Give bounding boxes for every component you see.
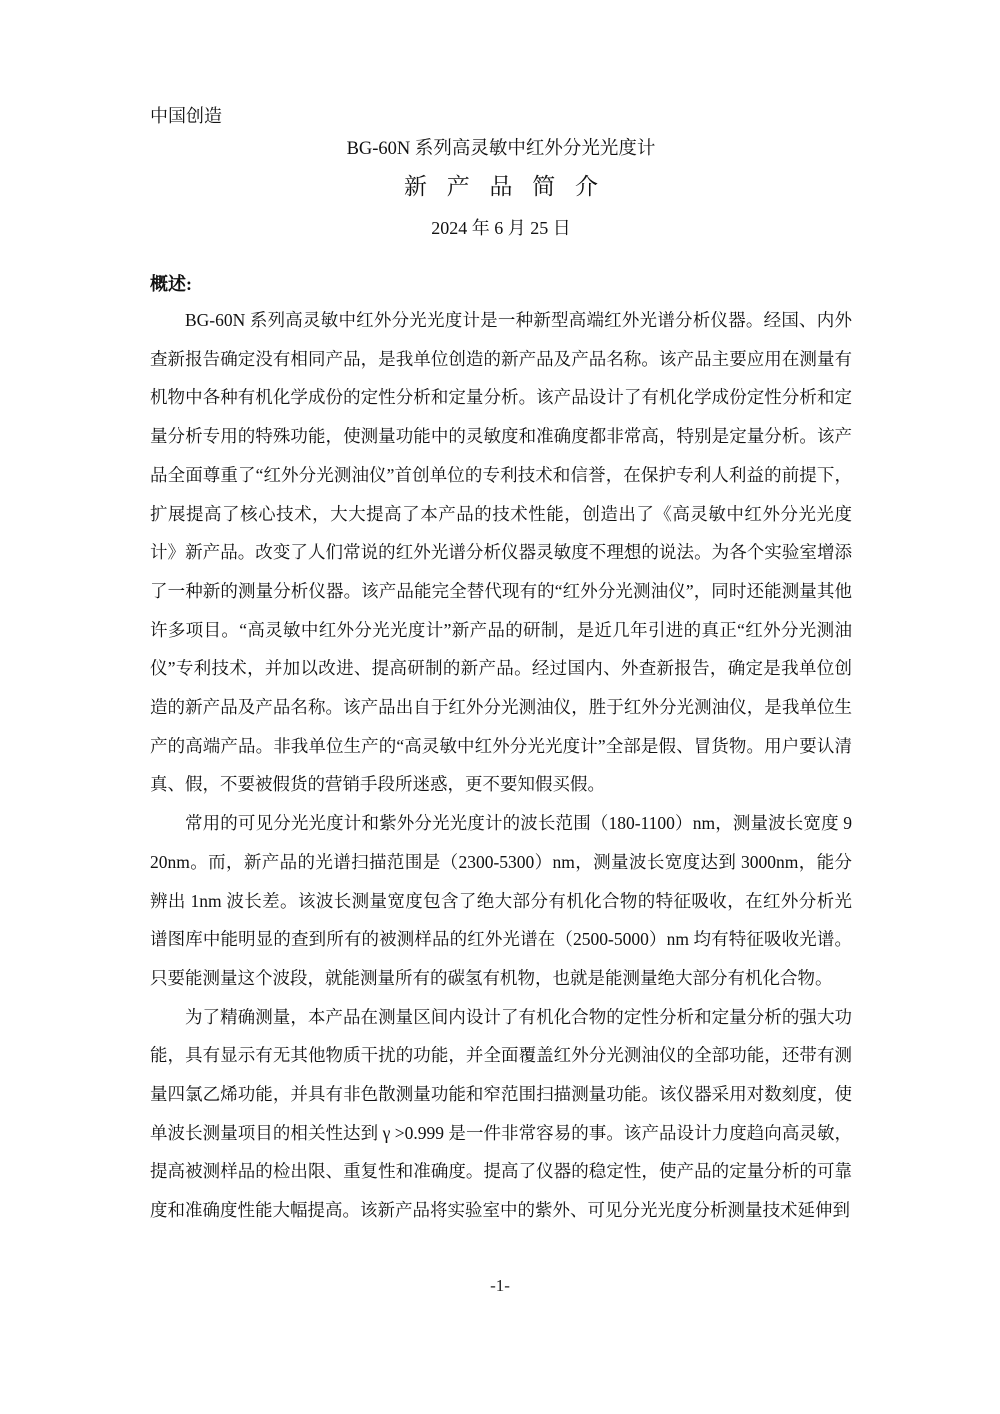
body-paragraph: 常用的可见分光光度计和紫外分光光度计的波长范围（180-1100）nm，测量波长… [150, 804, 852, 998]
document-body: BG-60N 系列高灵敏中红外分光光度计是一种新型高端红外光谱分析仪器。经国、内… [150, 301, 852, 1230]
document-title: BG-60N 系列高灵敏中红外分光光度计 [150, 137, 852, 161]
document-date: 2024 年 6 月 25 日 [150, 216, 852, 240]
section-heading: 概述: [150, 272, 852, 296]
page-number: -1- [0, 1274, 1000, 1298]
document-subtitle: 新 产 品 简 介 [150, 171, 852, 203]
body-paragraph: BG-60N 系列高灵敏中红外分光光度计是一种新型高端红外光谱分析仪器。经国、内… [150, 301, 852, 804]
document-page: 中国创造 BG-60N 系列高灵敏中红外分光光度计 新 产 品 简 介 2024… [0, 0, 1000, 1414]
body-paragraph: 为了精确测量，本产品在测量区间内设计了有机化合物的定性分析和定量分析的强大功能，… [150, 998, 852, 1230]
brand-label: 中国创造 [150, 104, 852, 128]
